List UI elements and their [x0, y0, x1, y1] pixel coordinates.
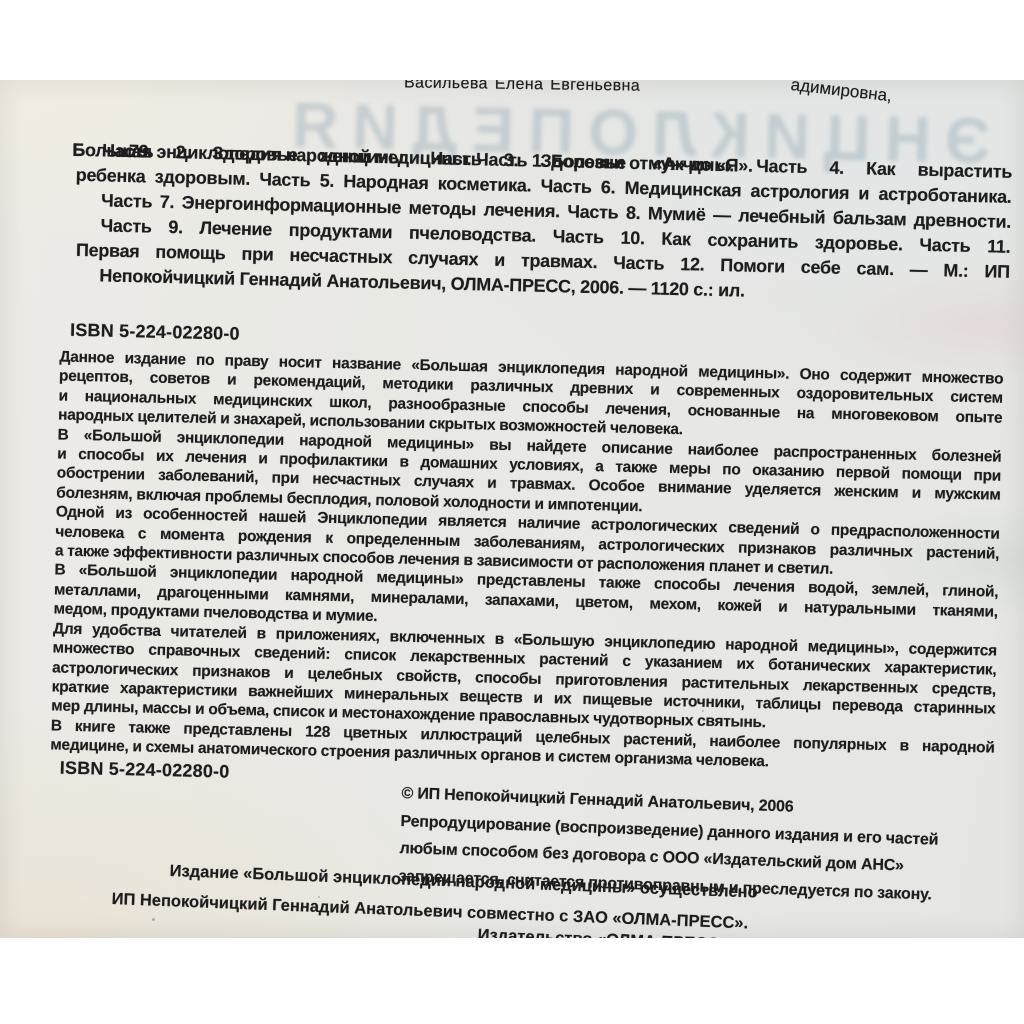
dust-speck: [318, 896, 320, 898]
dust-speck: [702, 710, 704, 712]
annotation-block: Данное издание по праву носит название «…: [50, 347, 1003, 777]
dust-speck: [152, 918, 155, 921]
bibliographic-entry: Б 79Большая энциклопедия народной медици…: [69, 138, 1012, 310]
isbn-bottom: ISBN 5-224-02280-0: [60, 758, 230, 783]
screenshot-root: { "colors": { "paper": "#e8e8e4", "ink":…: [0, 0, 1024, 1024]
book-page-photo: ЭНЦИКЛОПЕДИЯ Васильева Елена Евгеньевна …: [0, 80, 1024, 938]
isbn-top: ISBN 5-224-02280-0: [70, 320, 240, 345]
